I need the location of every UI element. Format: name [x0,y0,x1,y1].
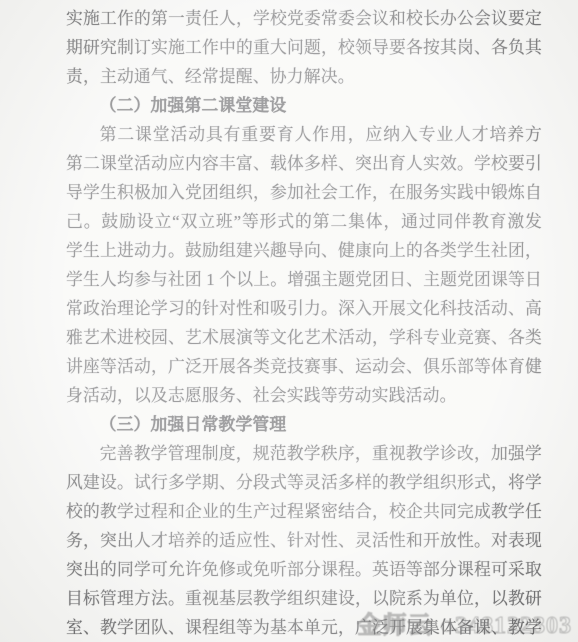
text-line: 身活动，以及志愿服务、社会实践等劳动实践活动。 [66,381,542,410]
text-line: 期研究制订实施工作中的重大问题，校领导要各按其岗、各负其 [66,33,542,62]
text-line: 常政治理论学习的针对性和吸引力。深入开展文化科技活动、高 [66,294,542,323]
text-line: 突出的同学可允许免修或免听部分课程。英语等部分课程可采取 [66,555,542,584]
text-line: 校的教学过程和企业的生产过程紧密结合，校企共同完成教学任 [66,497,542,526]
text-line: 实施工作的第一责任人，学校党委常委会议和校长办公会议要定 [66,4,542,33]
text-line: 学生人均参与社团 1 个以上。增强主题党团日、主题党团课等日 [66,265,542,294]
text-line: 风建设。试行多学期、分段式等灵活多样的教学组织形式，将学 [66,468,542,497]
section-heading: （三）加强日常教学管理 [66,410,542,439]
text-line: 学生上进动力。鼓励组建兴趣导向、健康向上的各类学生社团， [66,236,542,265]
text-line: 务，突出人才培养的适应性、针对性、灵活性和开放性。对表现 [66,526,542,555]
text-line: 第二课堂活动应内容丰富、载体多样、突出育人实效。学校要引 [66,149,542,178]
text-line: 己。鼓励设立“双立班”等形式的第二集体，通过同伴教育激发 [66,207,542,236]
text-line: 讲座等活动，广泛开展各类竞技赛事、运动会、俱乐部等体育健 [66,352,542,381]
text-line: 目标管理方法。重视基层教学组织建设，以院系为单位，以教研 [66,584,542,613]
section-heading: （二）加强第二课堂建设 [66,91,542,120]
document-page: 实施工作的第一责任人，学校党委常委会议和校长办公会议要定 期研究制订实施工作中的… [0,0,578,642]
document-text-block: 实施工作的第一责任人，学校党委常委会议和校长办公会议要定 期研究制订实施工作中的… [66,4,542,642]
text-line: 室、教学团队、课程组等为基本单元，广泛开展集体备课、教学 [66,613,542,642]
text-line: 责，主动通气、经常提醒、协力解决。 [66,62,542,91]
text-line: 导学生积极加入党团组织，参加社会工作，在服务实践中锻炼自 [66,178,542,207]
text-line: 雅艺术进校园、艺术展演等文化艺术活动，学科专业竞赛、各类 [66,323,542,352]
text-line: 第二课堂活动具有重要育人作用，应纳入专业人才培养方案。 [66,120,542,149]
text-line: 完善教学管理制度，规范教学秩序，重视教学诊改，加强学 [66,439,542,468]
